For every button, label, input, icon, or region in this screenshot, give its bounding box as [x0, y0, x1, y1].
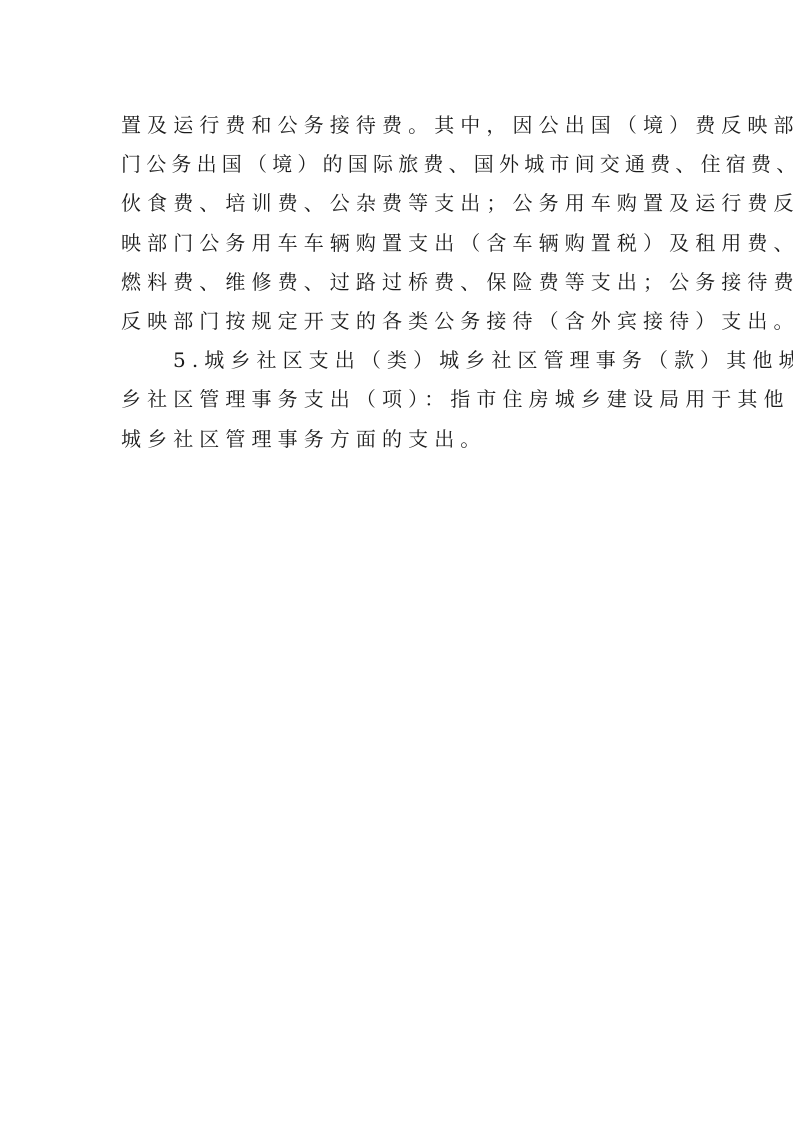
text-line: 置及运行费和公务接待费。其中，因公出国（境）费反映部 — [121, 106, 673, 145]
text-line: 乡社区管理事务支出（项）：指市住房城乡建设局用于其他 — [121, 380, 673, 419]
text-line: 门公务出国（境）的国际旅费、国外城市间交通费、住宿费、 — [121, 145, 673, 184]
paragraph-item-5-urban-rural-community: 5.城乡社区支出（类）城乡社区管理事务（款）其他城 乡社区管理事务支出（项）：指… — [121, 341, 673, 459]
text-line: 映部门公务用车车辆购置支出（含车辆购置税）及租用费、 — [121, 224, 673, 263]
text-line: 伙食费、培训费、公杂费等支出；公务用车购置及运行费反 — [121, 184, 673, 223]
text-line: 城乡社区管理事务方面的支出。 — [121, 420, 673, 459]
text-line: 反映部门按规定开支的各类公务接待（含外宾接待）支出。 — [121, 302, 673, 341]
paragraph-public-funds-definition: 置及运行费和公务接待费。其中，因公出国（境）费反映部 门公务出国（境）的国际旅费… — [121, 106, 673, 341]
text-line: 5.城乡社区支出（类）城乡社区管理事务（款）其他城 — [121, 341, 673, 380]
document-page: 置及运行费和公务接待费。其中，因公出国（境）费反映部 门公务出国（境）的国际旅费… — [0, 0, 793, 1122]
document-body: 置及运行费和公务接待费。其中，因公出国（境）费反映部 门公务出国（境）的国际旅费… — [121, 106, 673, 459]
text-line: 燃料费、维修费、过路过桥费、保险费等支出；公务接待费 — [121, 263, 673, 302]
